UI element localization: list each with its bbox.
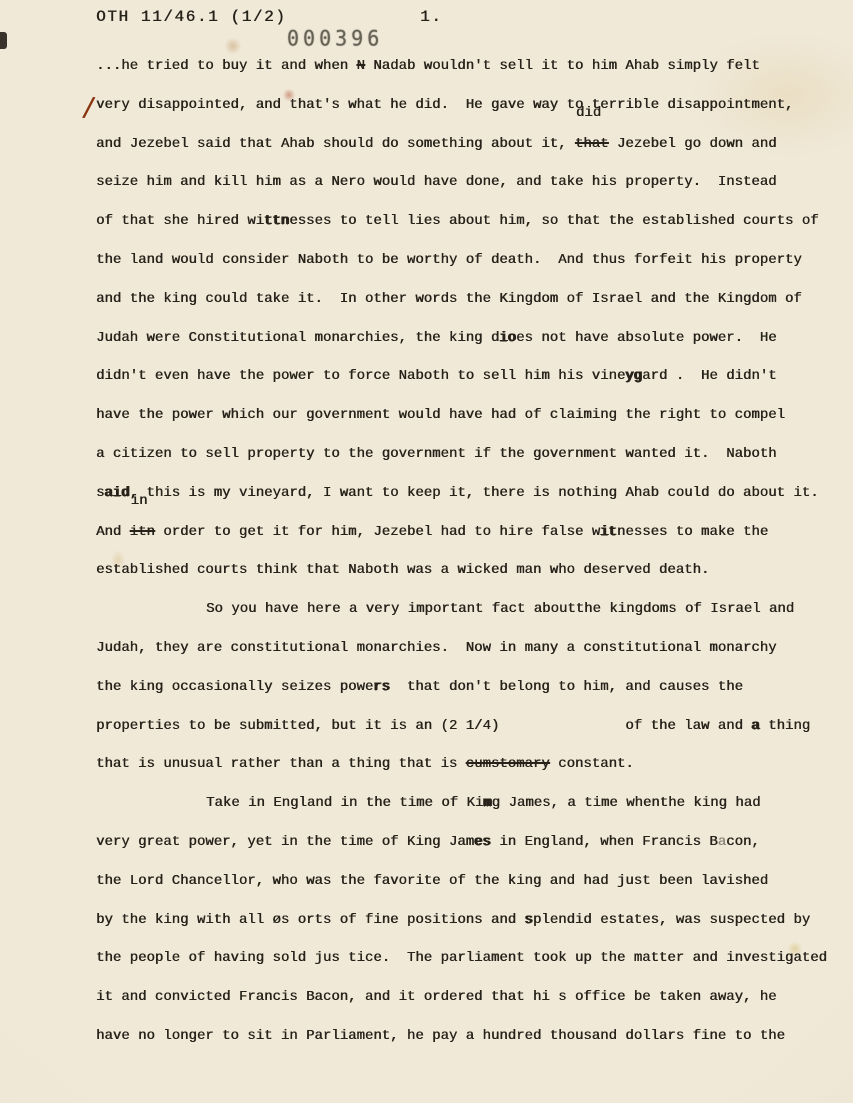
document-reference: OTH 11/46.1 (1/2) [96, 8, 286, 26]
typed-text: nesses to make the [617, 524, 768, 540]
typed-line: the land would consider Naboth to be wor… [96, 241, 847, 280]
typed-line: a citizen to sell property to the govern… [96, 435, 847, 474]
xout-text: N [356, 58, 364, 74]
typed-body: ...he tried to buy it and when N Nadab w… [96, 47, 847, 1056]
typed-text: properties to be submitted, but it is an… [96, 718, 751, 734]
typed-line: ...he tried to buy it and when N Nadab w… [96, 47, 847, 86]
strike-text: that [575, 136, 609, 152]
typed-line: the king occasionally seizes powers that… [96, 668, 847, 707]
typed-text: and Jezebel said that Ahab should do som… [96, 136, 575, 152]
blot-text: ttn [264, 213, 289, 229]
blot-text: aid [104, 485, 129, 501]
strike-text: itn [130, 524, 155, 540]
typed-text: Judah, they are constitutional monarchie… [96, 640, 777, 656]
typed-text: of that she hired wi [96, 213, 264, 229]
typed-text: seize him and kill him as a Nero would h… [96, 174, 777, 190]
typed-text: the king occasionally seizes powe [96, 679, 373, 695]
typed-text: Jezebel go down and [609, 136, 777, 152]
typed-line: Judah were Constitutional monarchies, th… [96, 319, 847, 358]
typed-line: seize him and kill him as a Nero would h… [96, 163, 847, 202]
typed-text: that don't belong to him, and causes the [390, 679, 743, 695]
typed-line: very disappointed, and that's what he di… [96, 86, 847, 125]
typed-line: established courts think that Naboth was… [96, 551, 847, 590]
typed-text: ard . He didn't [642, 368, 776, 384]
blot-text: yg [625, 368, 642, 384]
typed-text: Take in England in the time of Ki [206, 795, 483, 811]
typed-line: and Jezebel said that Ahab should do som… [96, 125, 847, 164]
typed-text: ...he tried to buy it and when [96, 58, 356, 74]
typed-text: plendid estates, was suspected by [533, 912, 810, 928]
blot-text: es [474, 834, 491, 850]
handwritten-margin-mark: / [81, 91, 95, 123]
typed-line: of that she hired wittnesses to tell lie… [96, 202, 847, 241]
paragraph: So you have here a very important fact a… [96, 590, 847, 784]
typed-text: that is unusual rather than a thing that… [96, 756, 466, 772]
typed-text: didn't even have the power to force Nabo… [96, 368, 625, 384]
typed-text: in England, when Francis B [491, 834, 718, 850]
typed-line: Take in England in the time of Kimg Jame… [96, 784, 847, 823]
typed-text: a citizen to sell property to the govern… [96, 446, 777, 462]
typed-text: the people of having sold jus tice. The … [96, 950, 827, 966]
typed-line: properties to be submitted, but it is an… [96, 707, 847, 746]
blot-text: io [499, 330, 516, 346]
typed-text: by the king with all øs orts of fine pos… [96, 912, 524, 928]
typed-line: the people of having sold jus tice. The … [96, 939, 847, 978]
typed-text: very disappointed, and that's what he di… [96, 97, 793, 113]
typed-text: es not have absolute power. He [516, 330, 776, 346]
typed-correction: initn [130, 513, 155, 552]
typed-line: said, this is my vineyard, I want to kee… [96, 474, 847, 513]
typed-text: constant. [550, 756, 634, 772]
inserted-above-text: did [576, 106, 601, 120]
typed-line: very great power, yet in the time of Kin… [96, 823, 847, 862]
typed-text: Judah were Constitutional monarchies, th… [96, 330, 499, 346]
typed-line: Judah, they are constitutional monarchie… [96, 629, 847, 668]
faint-text: a [718, 834, 726, 850]
blot-text: rs [373, 679, 390, 695]
typed-line: the Lord Chancellor, who was the favorit… [96, 862, 847, 901]
blot-text: s [524, 912, 532, 928]
typed-text: con, [726, 834, 760, 850]
blot-text: m [483, 795, 491, 811]
typed-text: order to get it for him, Jezebel had to … [155, 524, 600, 540]
paragraph: ...he tried to buy it and when N Nadab w… [96, 47, 847, 590]
typed-text: the land would consider Naboth to be wor… [96, 252, 802, 268]
typed-text: it and convicted Francis Bacon, and it o… [96, 989, 777, 1005]
typed-line: So you have here a very important fact a… [96, 590, 847, 629]
typed-line: have the power which our government woul… [96, 396, 847, 435]
inserted-above-text: in [131, 494, 148, 508]
typed-text: thing [760, 718, 810, 734]
typed-text: And [96, 524, 130, 540]
page-number: 1. [420, 8, 442, 26]
typed-text: and the king could take it. In other wor… [96, 291, 802, 307]
typed-text: very great power, yet in the time of Kin… [96, 834, 474, 850]
typed-line: didn't even have the power to force Nabo… [96, 357, 847, 396]
document-page: OTH 11/46.1 (1/2) 1. 000396 / ...he trie… [0, 0, 853, 1103]
typed-line: have no longer to sit in Parliament, he … [96, 1017, 847, 1056]
typed-text: So you have here a very important fact a… [206, 601, 794, 617]
typed-text: esses to tell lies about him, so that th… [289, 213, 818, 229]
typed-text: the Lord Chancellor, who was the favorit… [96, 873, 768, 889]
typed-line: that is unusual rather than a thing that… [96, 745, 847, 784]
typed-line: by the king with all øs orts of fine pos… [96, 901, 847, 940]
blot-text: it [600, 524, 617, 540]
typed-text: Nadab wouldn't sell it to him Ahab simpl… [365, 58, 760, 74]
typed-line: And initn order to get it for him, Jezeb… [96, 513, 847, 552]
paragraph: Take in England in the time of Kimg Jame… [96, 784, 847, 1056]
strike-text: cumstomary [466, 756, 550, 772]
typed-correction: didthat [575, 125, 609, 164]
typed-text: g James, a time whenthe king had [492, 795, 761, 811]
typed-text: established courts think that Naboth was… [96, 562, 709, 578]
typed-text: have no longer to sit in Parliament, he … [96, 1028, 785, 1044]
typed-line: it and convicted Francis Bacon, and it o… [96, 978, 847, 1017]
typed-line: and the king could take it. In other wor… [96, 280, 847, 319]
blot-text: a [751, 718, 759, 734]
typed-text: have the power which our government woul… [96, 407, 785, 423]
typed-text: , this is my vineyard, I want to keep it… [130, 485, 819, 501]
